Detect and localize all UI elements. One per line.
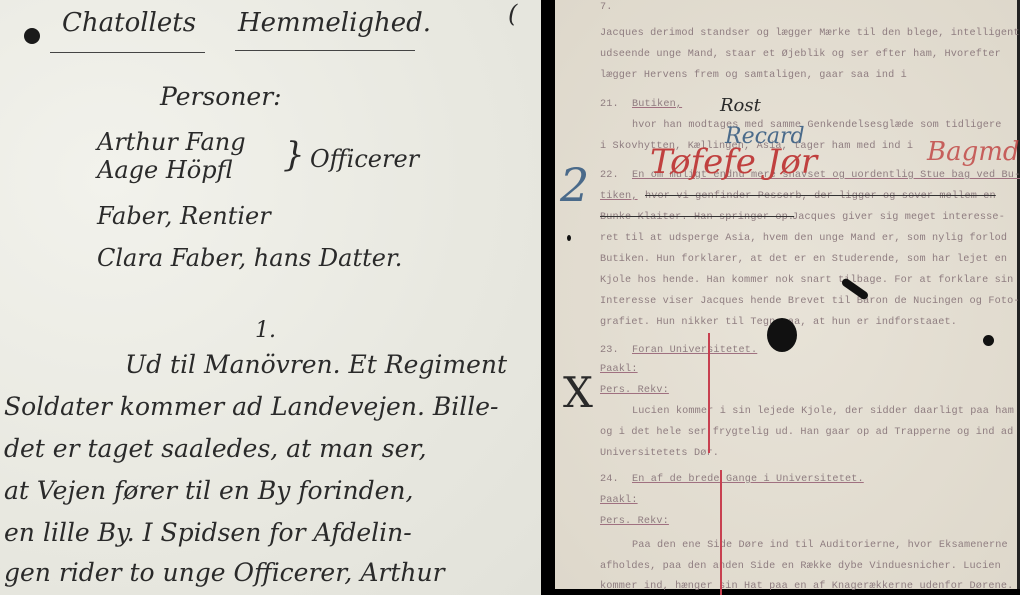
body-line: gen rider to unge Officerer, Arthur — [4, 558, 445, 587]
text-line: Jacques derimod standser og lægger Mærke… — [600, 28, 1020, 39]
text-line: Lucien kommer i sin lejede Kjole, der si… — [632, 406, 1014, 417]
title-underline-2 — [235, 50, 415, 51]
text-line: Paa den ene Side Døre ind til Auditorier… — [632, 540, 1008, 551]
struck-text: hvor vi genfinder Pesserb, der ligger og… — [645, 191, 996, 202]
paakl-label: Paakl: — [600, 495, 638, 506]
scene-number: 23. — [600, 345, 619, 356]
officers-label: Officerer — [310, 145, 419, 173]
body-line: det er taget saaledes, at man ser, — [4, 434, 427, 463]
text-line: Interesse viser Jacques hende Brevet til… — [600, 296, 1020, 307]
body-line: at Vejen fører til en By forinden, — [4, 476, 413, 505]
margin-x-mark: X — [563, 368, 593, 417]
title-part2: Hemmelighed. — [238, 8, 431, 38]
body-line: Soldater kommer ad Landevejen. Bille- — [4, 392, 498, 421]
body-line: Ud til Manövren. Et Regiment — [125, 350, 507, 379]
text-line: afholdes, paa den anden Side en Række dy… — [600, 561, 1001, 572]
text-line: hvor han modtages med samme Genkendelses… — [632, 120, 1002, 131]
title-underline-1 — [50, 52, 205, 53]
ink-dot — [567, 235, 571, 241]
page-divider — [541, 0, 555, 595]
text-line: Jacques giver sig meget interesse- — [792, 212, 1005, 223]
red-annotation: Tøfefe Jør — [650, 142, 817, 182]
scene-number: 24. — [600, 474, 619, 485]
text-line: udseende unge Mand, staar et Øjeblik og … — [600, 49, 1001, 60]
handwritten-mark: Rost — [720, 95, 761, 116]
pers-rekv-label: Pers. Rekv: — [600, 516, 669, 527]
text-line: og i det hele ser frygtelig ud. Han gaar… — [600, 427, 1013, 438]
brace: } — [283, 135, 305, 175]
scene-number: 22. — [600, 170, 619, 181]
pers-rekv-label: Pers. Rekv: — [600, 385, 669, 396]
red-annotation-right: Bagmd — [927, 137, 1020, 167]
typewritten-page: 7. Jacques derimod standser og lægger Mæ… — [555, 0, 1020, 589]
body-line: en lille By. I Spidsen for Afdelin- — [4, 518, 412, 547]
page-number: 7. — [600, 2, 613, 13]
text-line: kommer ind, hænger sin Hat paa en af Kna… — [600, 581, 1013, 592]
ink-blot — [983, 335, 994, 346]
margin-number: 2 — [560, 158, 589, 212]
paakl-label: Paakl: — [600, 364, 638, 375]
cast-member: Aage Höpfl — [97, 156, 233, 184]
scene-number: 1. — [255, 318, 276, 343]
text-line: Butiken. Hun forklarer, at det er en Stu… — [600, 254, 1007, 265]
red-margin-line — [708, 333, 710, 453]
cast-member: Clara Faber, hans Datter. — [97, 244, 402, 272]
handwritten-page: Chatollets Hemmelighed. ( Personer: Arth… — [0, 0, 541, 595]
scene-number: 21. — [600, 99, 619, 110]
title-part1: Chatollets — [62, 8, 196, 38]
scene-heading-cont: tiken, — [600, 191, 638, 202]
corner-mark: ( — [508, 0, 517, 28]
punch-hole — [24, 28, 40, 44]
text-line: lægger Hervens frem og samtaligen, gaar … — [600, 70, 907, 81]
text-line: Universitetets Dør. — [600, 448, 719, 459]
cast-member: Faber, Rentier — [97, 202, 271, 230]
ink-blot — [767, 318, 797, 352]
red-margin-line — [720, 470, 722, 595]
personer-heading: Personer: — [160, 82, 282, 111]
scene-heading: En af de brede Gange i Universitetet. — [632, 474, 864, 485]
text-line: Kjole hos hende. Han kommer nok snart ti… — [600, 275, 1013, 286]
scene-heading: Butiken, — [632, 99, 682, 110]
struck-text: Bunke Klaiter. Han springer op. — [600, 212, 794, 223]
text-line: ret til at udsperge Asia, hvem den unge … — [600, 233, 1007, 244]
scene-heading: Foran Universitetet. — [632, 345, 757, 356]
cast-member: Arthur Fang — [97, 128, 246, 156]
